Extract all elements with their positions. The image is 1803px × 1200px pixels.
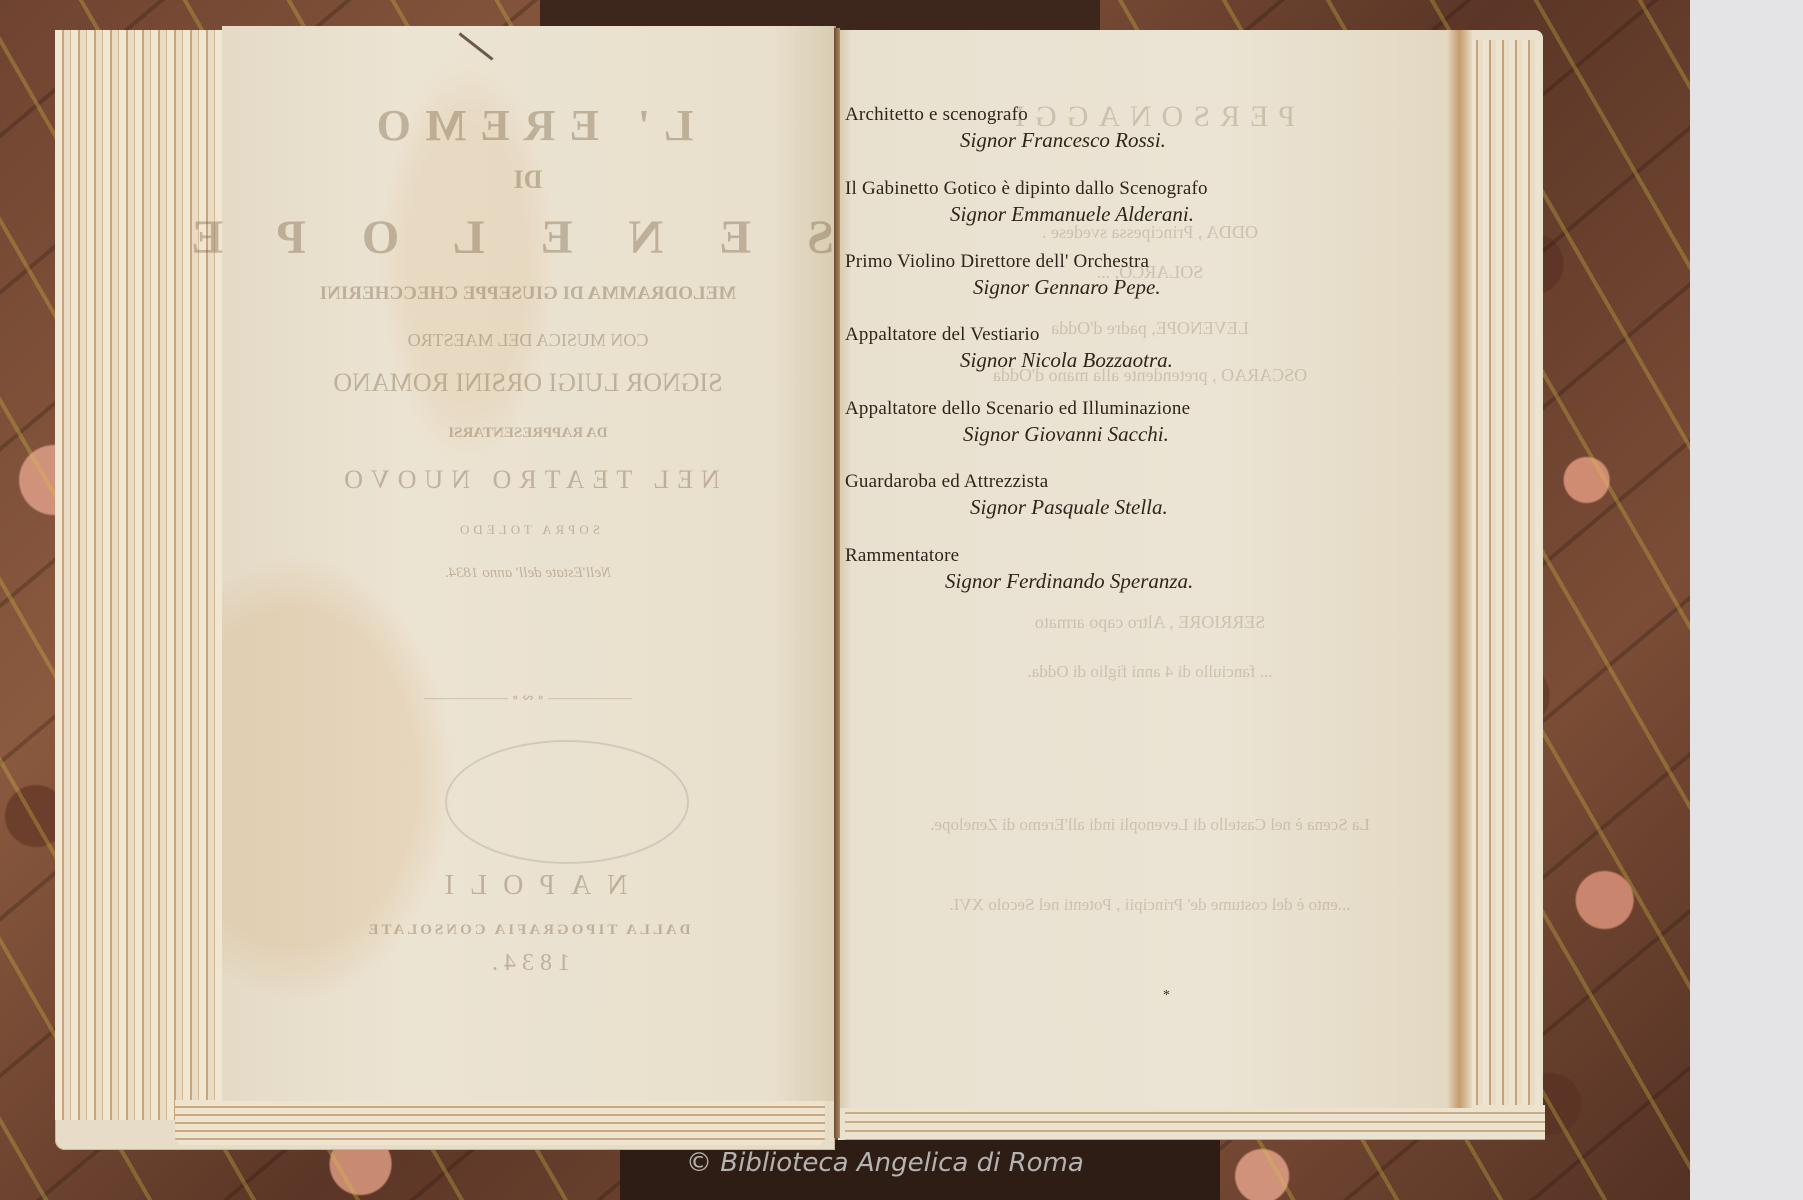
left-page-edges [55,30,230,1120]
bleed-line: DA RAPPRESENTARSI [222,425,834,442]
credit-name: Signor Gennaro Pepe. [845,275,1161,300]
gutter [834,28,840,1138]
bleed-line: 1834. [222,950,834,977]
bleed-line: CON MUSICA DEL MAESTRO [222,330,834,351]
credit-entry: Appaltatore del Vestiario Signor Nicola … [845,324,1173,373]
copyright-watermark: © Biblioteca Angelica di Roma [686,1148,1084,1178]
credit-role: Appaltatore del Vestiario [845,324,1173,346]
bleed-line: NEL TEATRO NUOVO [222,465,834,495]
bleed-line: NAPOLI [222,870,834,902]
bleed-line: DI [222,165,834,195]
credit-role: Il Gabinetto Gotico è dipinto dallo Scen… [845,178,1208,200]
library-stamp [445,740,689,864]
credit-entry: Primo Violino Direttore dell' Orchestra … [845,251,1161,300]
left-page-bottom-edges [175,1100,825,1145]
star-ornament: * [1163,988,1170,1004]
credit-entry: Il Gabinetto Gotico è dipinto dallo Scen… [845,178,1208,227]
right-page-bottom-edges [845,1105,1545,1140]
bleed-ornament: ―――――― ∘ ∾ ∘ ―――――― [222,690,834,707]
bleed-title: L' EREMO [222,100,834,151]
bleed-line: ... fanciullo di 4 anni figlio di Odda. [840,662,1460,682]
credit-role: Architetto e scenografo [845,104,1166,126]
credit-name: Signor Ferdinando Speranza. [845,569,1193,594]
bleed-line: Nell'Estate dell' anno 1834. [222,565,834,582]
credit-role: Appaltatore dello Scenario ed Illuminazi… [845,398,1190,420]
credit-role: Guardaroba ed Attrezzista [845,471,1168,493]
right-page-edges [1470,40,1540,1130]
bleed-line: La Scena è nel Castello di Levenopli ind… [840,815,1460,835]
bleed-line: DALLA TIPOGRAFIA CONSOLATE [222,922,834,939]
credit-name: Signor Giovanni Sacchi. [845,422,1190,447]
credit-entry: Appaltatore dello Scenario ed Illuminazi… [845,398,1190,447]
credit-entry: Guardaroba ed Attrezzista Signor Pasqual… [845,471,1168,520]
credit-name: Signor Emmanuele Alderani. [845,202,1208,227]
credit-name: Signor Francesco Rossi. [845,128,1166,153]
credit-entry: Rammentatore Signor Ferdinando Speranza. [845,545,1193,594]
credit-entry: Architetto e scenografo Signor Francesco… [845,104,1166,153]
backdrop [1690,0,1803,1200]
bleed-line: ...ento è del costume de' Principii , Po… [840,895,1460,915]
credit-role: Rammentatore [845,545,1193,567]
bleed-line: SERRIORE , Altro capo armato [840,612,1460,633]
credit-name: Signor Nicola Bozzaotra. [845,348,1173,373]
bleed-line: MELODRAMMA DI GIUSEPPE CHECCHERINI [222,283,834,305]
credit-name: Signor Pasquale Stella. [845,495,1168,520]
bleed-line: S E N E L O P E [222,210,834,265]
bleed-line: SIGNOR LUIGI ORSINI ROMANO [222,368,834,398]
bleed-line: SOPRA TOLEDO [222,522,834,538]
credit-role: Primo Violino Direttore dell' Orchestra [845,251,1161,273]
